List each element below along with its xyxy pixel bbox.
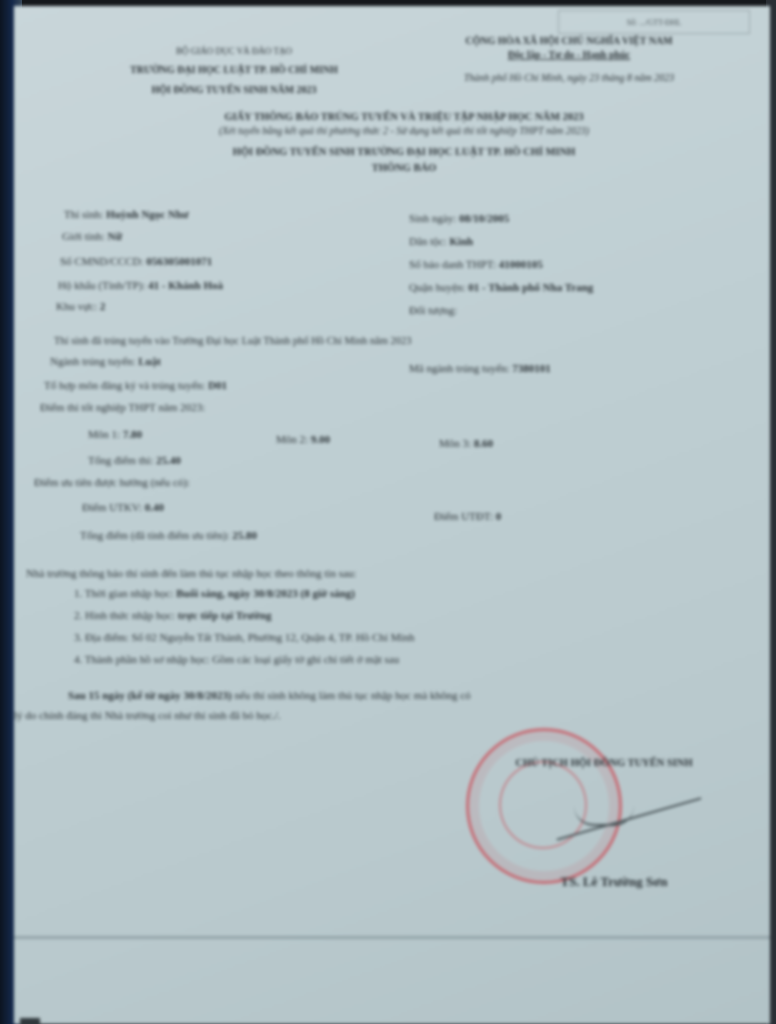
header-left: BỘ GIÁO DỤC VÀ ĐÀO TẠO TRƯỜNG ĐẠI HỌC LU… — [84, 46, 384, 96]
signer-title: CHỦ TỊCH HỘI ĐỒNG TUYỂN SINH — [444, 758, 764, 769]
score-subject-3: Môn 3: 8.60 — [439, 438, 493, 450]
score-subject-2: Môn 2: 9.00 — [276, 434, 330, 446]
admission-statement: Thí sinh đã trúng tuyển vào Trường Đại h… — [54, 336, 412, 347]
nation-name: CỘNG HÒA XÃ HỘI CHỦ NGHĨA VIỆT NAM — [384, 36, 754, 47]
admitted-major: Ngành trúng tuyển: Luật — [50, 356, 161, 368]
major-code: Mã ngành trúng tuyển: 7380101 — [409, 363, 551, 375]
instruction-method: 2. Hình thức nhập học: trực tiếp tại Trư… — [74, 610, 415, 622]
instruction-location: 3. Địa điểm: Số 02 Nguyễn Tất Thành, Phư… — [74, 632, 415, 644]
deadline-warning: Sau 15 ngày (kể từ ngày 30/8/2023) nếu t… — [68, 690, 471, 702]
motto: Độc lập - Tự do - Hạnh phúc — [384, 50, 754, 61]
final-score: Tổng điểm (đã tính điểm ưu tiên): 25.80 — [80, 530, 257, 542]
ministry: BỘ GIÁO DỤC VÀ ĐÀO TẠO — [84, 46, 384, 56]
enrollment-intro: Nhà trường thông báo thí sinh đến làm th… — [26, 568, 356, 580]
title-sub: (Xét tuyển bằng kết quả thi phương thức … — [44, 126, 764, 137]
candidate-district: Quận huyện: 01 - Thành phố Nha Trang — [409, 282, 593, 294]
scores-heading: Điểm thi tốt nghiệp THPT năm 2023: — [40, 402, 205, 414]
admission-board: HỘI ĐỒNG TUYỂN SINH NĂM 2023 — [84, 85, 384, 96]
document-title: GIẤY THÔNG BÁO TRÚNG TUYỂN VÀ TRIỆU TẬP … — [44, 112, 764, 177]
candidate-priority-group: Đối tượng: — [409, 305, 457, 317]
candidate-province: Hộ khẩu (Tỉnh/TP): 41 - Khánh Hoà — [58, 280, 223, 292]
deadline-warning-cont: lý do chính đáng thì Nhà trường coi như … — [14, 710, 281, 722]
board-announcement: HỘI ĐỒNG TUYỂN SINH TRƯỜNG ĐẠI HỌC LUẬT … — [44, 145, 764, 177]
reference-box: Số: .../GTT-ĐHL — [558, 10, 750, 34]
group-priority-score: Điểm UTĐT: 0 — [434, 511, 501, 523]
instruction-time: 1. Thời gian nhập học: Buổi sáng, ngày 3… — [74, 588, 415, 600]
handwritten-signature — [574, 806, 634, 826]
candidate-dob: Sinh ngày: 08/10/2005 — [409, 213, 509, 225]
subject-combination: Tổ hợp môn đăng ký và trúng tuyển: D01 — [44, 380, 227, 392]
score-subject-1: Môn 1: 7.80 — [88, 429, 142, 441]
title-main: GIẤY THÔNG BÁO TRÚNG TUYỂN VÀ TRIỆU TẬP … — [44, 112, 764, 123]
school-name: TRƯỜNG ĐẠI HỌC LUẬT TP. HỒ CHÍ MINH — [84, 65, 384, 76]
header-right: CỘNG HÒA XÃ HỘI CHỦ NGHĨA VIỆT NAM Độc l… — [384, 36, 754, 84]
instruction-documents: 4. Thành phần hồ sơ nhập học: Gồm các lo… — [74, 654, 415, 666]
candidate-ethnic: Dân tộc: Kinh — [409, 236, 473, 248]
candidate-gender: Giới tính: Nữ — [62, 231, 122, 243]
total-score: Tổng điểm thi: 25.40 — [88, 455, 181, 467]
corner-mark — [20, 1018, 40, 1024]
candidate-id: Số CMND/CCCD: 056305001071 — [60, 256, 212, 268]
candidate-area: Khu vực: 2 — [56, 301, 105, 313]
bonus-heading: Điểm ưu tiên được hưởng (nếu có): — [34, 477, 190, 489]
candidate-exam-number: Số báo danh THPT: 41000105 — [409, 259, 543, 271]
signer-name: TS. Lê Trường Sơn — [494, 874, 734, 890]
area-priority-score: Điểm UTKV: 0.40 — [82, 502, 164, 514]
issue-date: Thành phố Hồ Chí Minh, ngày 23 tháng 8 n… — [384, 73, 754, 84]
paper-fold-line — [14, 936, 770, 939]
enrollment-instructions: 1. Thời gian nhập học: Buổi sáng, ngày 3… — [74, 588, 415, 676]
candidate-name: Thí sinh: Huỳnh Ngọc Như — [64, 209, 189, 221]
admission-letter: Số: .../GTT-ĐHL BỘ GIÁO DỤC VÀ ĐÀO TẠO T… — [14, 6, 770, 1024]
